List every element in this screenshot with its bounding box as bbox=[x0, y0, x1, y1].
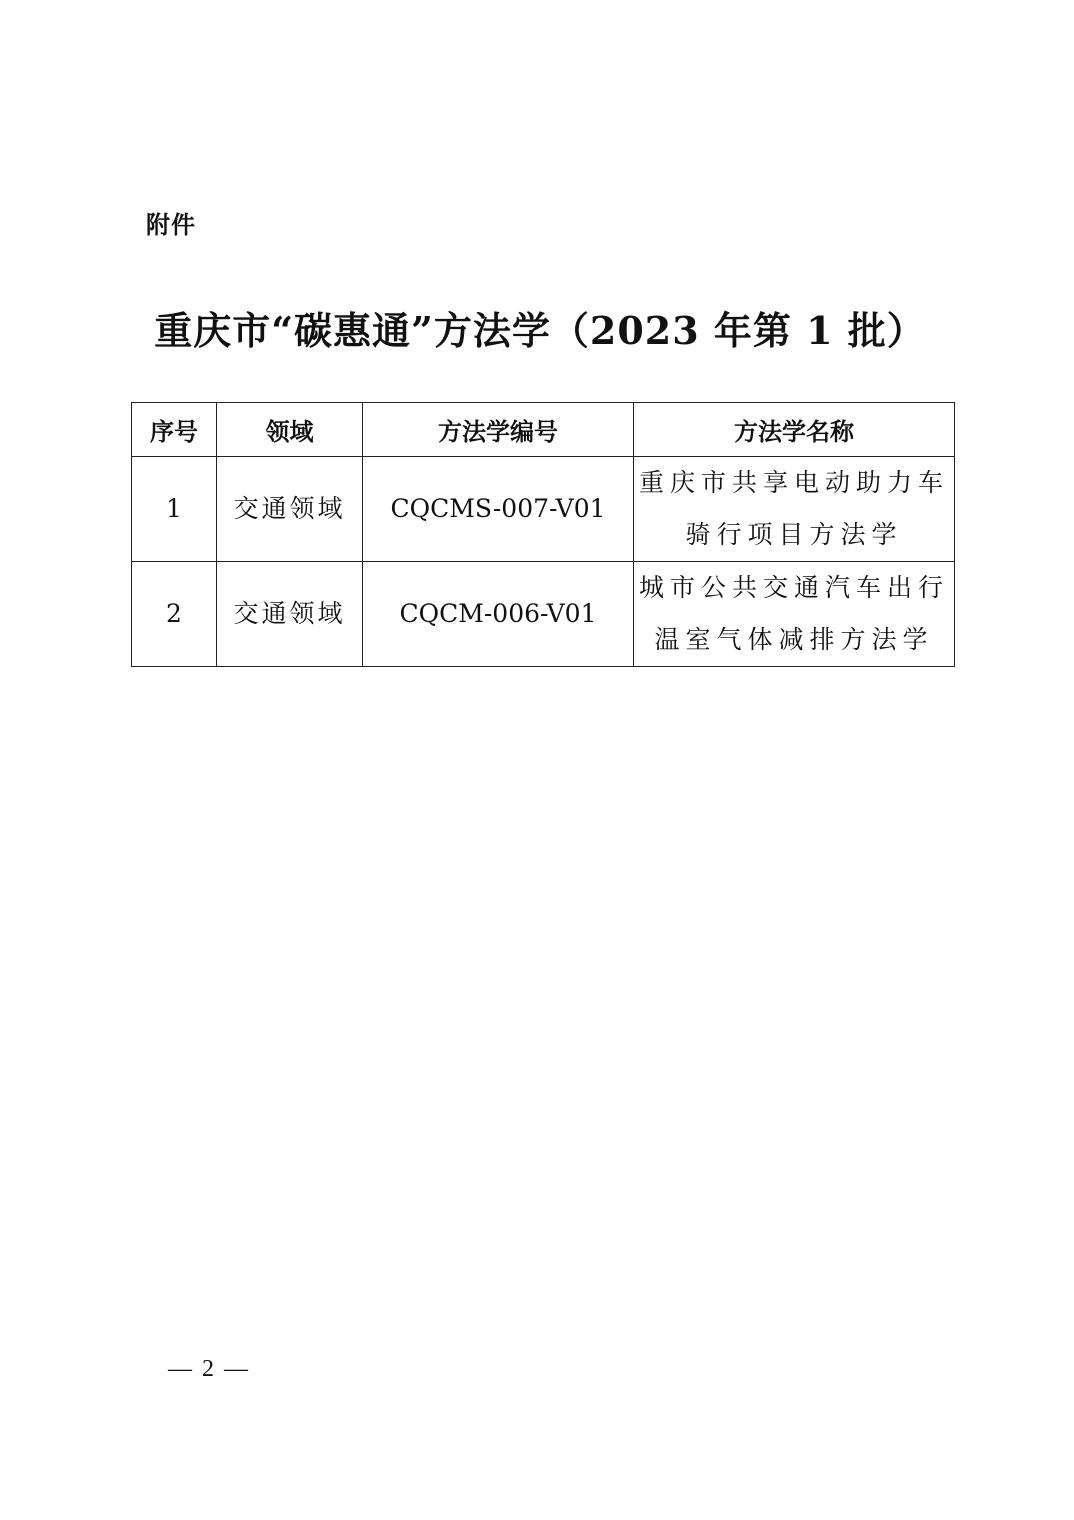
column-header-name: 方法学名称 bbox=[634, 403, 955, 457]
row-name-line2: 骑行项目方法学 bbox=[634, 509, 954, 561]
table-header-row: 序号 领域 方法学编号 方法学名称 bbox=[132, 403, 955, 457]
column-header-code: 方法学编号 bbox=[363, 403, 634, 457]
row-index: 2 bbox=[132, 562, 217, 667]
row-field: 交通领域 bbox=[217, 562, 363, 667]
row-name-line2: 温室气体减排方法学 bbox=[634, 614, 954, 666]
row-index: 1 bbox=[132, 457, 217, 562]
page-number: — 2 — bbox=[168, 1356, 250, 1383]
row-name: 重庆市共享电动助力车 骑行项目方法学 bbox=[634, 457, 955, 562]
table-row: 2 交通领域 CQCM-006-V01 城市公共交通汽车出行 温室气体减排方法学 bbox=[132, 562, 955, 667]
row-name-line1: 重庆市共享电动助力车 bbox=[634, 457, 954, 509]
row-name: 城市公共交通汽车出行 温室气体减排方法学 bbox=[634, 562, 955, 667]
row-code: CQCMS-007-V01 bbox=[363, 457, 634, 562]
attachment-label: 附件 bbox=[146, 205, 196, 240]
row-code: CQCM-006-V01 bbox=[363, 562, 634, 667]
column-header-field: 领域 bbox=[217, 403, 363, 457]
methodology-table: 序号 领域 方法学编号 方法学名称 1 交通领域 CQCMS-007-V01 重… bbox=[131, 402, 955, 667]
column-header-index: 序号 bbox=[132, 403, 217, 457]
table-row: 1 交通领域 CQCMS-007-V01 重庆市共享电动助力车 骑行项目方法学 bbox=[132, 457, 955, 562]
row-field: 交通领域 bbox=[217, 457, 363, 562]
document-title: 重庆市“碳惠通”方法学（2023 年第 1 批） bbox=[0, 300, 1074, 355]
row-name-line1: 城市公共交通汽车出行 bbox=[634, 562, 954, 614]
